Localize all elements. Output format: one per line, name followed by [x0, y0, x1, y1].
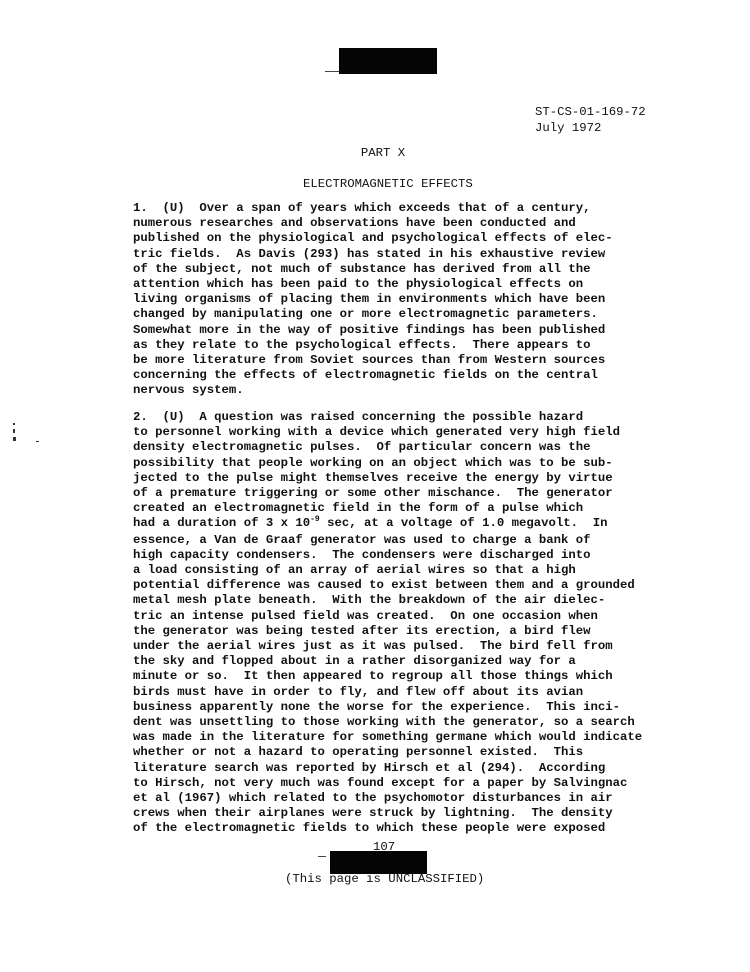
text-line: living organisms of placing them in envi… [133, 292, 613, 307]
text-line: dent was unsettling to those working wit… [133, 715, 642, 730]
text-line: possibility that people working on an ob… [133, 456, 642, 471]
redaction-block-footer [330, 851, 427, 874]
redaction-block-header [339, 48, 437, 74]
text-line: concerning the effects of electromagneti… [133, 368, 613, 383]
page-number-underline [318, 856, 326, 857]
exponent: -9 [310, 515, 320, 524]
text-line: of the electromagnetic fields to which t… [133, 821, 642, 836]
text-line: birds must have in order to fly, and fle… [133, 685, 642, 700]
text-line: a load consisting of an array of aerial … [133, 563, 642, 578]
text-line: the generator was being tested after its… [133, 624, 642, 639]
text-line: changed by manipulating one or more elec… [133, 307, 613, 322]
text-line: the sky and flopped about in a rather di… [133, 654, 642, 669]
document-number: ST-CS-01-169-72 [535, 105, 646, 119]
text-line: et al (1967) which related to the psycho… [133, 791, 642, 806]
text-line: 2. (U) A question was raised concerning … [133, 410, 642, 425]
text-line: essence, a Van de Graaf generator was us… [133, 533, 642, 548]
classification-footer: (This page is UNCLASSIFIED) [285, 872, 484, 886]
text-line: be more literature from Soviet sources t… [133, 353, 613, 368]
text-line: high capacity condensers. The condensers… [133, 548, 642, 563]
paragraph-2: 2. (U) A question was raised concerning … [133, 410, 642, 837]
text-line: created an electromagnetic field in the … [133, 501, 642, 516]
text-line: jected to the pulse might themselves rec… [133, 471, 642, 486]
text-line: tric fields. As Davis (293) has stated i… [133, 247, 613, 262]
section-heading: ELECTROMAGNETIC EFFECTS [303, 177, 473, 191]
text-line: potential difference was caused to exist… [133, 578, 642, 593]
text-line: to Hirsch, not very much was found excep… [133, 776, 642, 791]
text-line: Somewhat more in the way of positive fin… [133, 323, 613, 338]
text-line: business apparently none the worse for t… [133, 700, 642, 715]
text-line: tric an intense pulsed field was created… [133, 609, 642, 624]
text-line: had a duration of 3 x 10-9 sec, at a vol… [133, 516, 642, 532]
text-line: of the subject, not much of substance ha… [133, 262, 613, 277]
text-line: as they relate to the psychological effe… [133, 338, 613, 353]
part-label: PART X [0, 146, 750, 160]
text-line: literature search was reported by Hirsch… [133, 761, 642, 776]
document-id-block: ST-CS-01-169-72 July 1972 [535, 104, 646, 136]
text-line: metal mesh plate beneath. With the break… [133, 593, 642, 608]
text-line: nervous system. [133, 383, 613, 398]
text-line: density electromagnetic pulses. Of parti… [133, 440, 642, 455]
document-date: July 1972 [535, 121, 601, 135]
text-line: attention which has been paid to the phy… [133, 277, 613, 292]
text-line: of a premature triggering or some other … [133, 486, 642, 501]
text-line: minute or so. It then appeared to regrou… [133, 669, 642, 684]
document-page: ST-CS-01-169-72 July 1972 PART X ELECTRO… [0, 0, 750, 972]
text-line: to personnel working with a device which… [133, 425, 642, 440]
text-line: published on the physiological and psych… [133, 231, 613, 246]
text-line: numerous researches and observations hav… [133, 216, 613, 231]
paragraph-1: 1. (U) Over a span of years which exceed… [133, 201, 613, 399]
text-line: under the aerial wires just as it was pu… [133, 639, 642, 654]
text-line: crews when their airplanes were struck b… [133, 806, 642, 821]
text-line: whether or not a hazard to operating per… [133, 745, 642, 760]
text-line: 1. (U) Over a span of years which exceed… [133, 201, 613, 216]
text-line: was made in the literature for something… [133, 730, 642, 745]
